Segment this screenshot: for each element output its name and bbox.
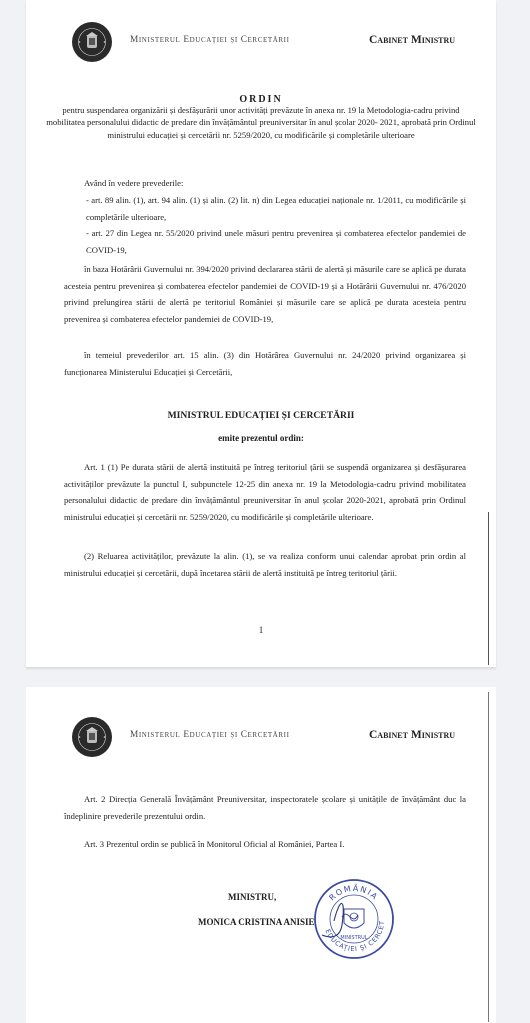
signature-title: MINISTRU,	[228, 892, 276, 902]
ministry-name: Ministerul Educației și Cercetării	[130, 35, 290, 45]
legal-grounds-paragraph: în temeiul prevederilor art. 15 alin. (3…	[64, 347, 466, 380]
issuer-heading: MINISTRUL EDUCAȚIEI ȘI CERCETĂRII	[26, 410, 496, 421]
government-seal-icon	[72, 717, 112, 757]
article-3-paragraph: Art. 3 Prezentul ordin se publică în Mon…	[64, 836, 466, 853]
preamble-item: - art. 27 din Legea nr. 55/2020 privind …	[86, 225, 466, 258]
government-seal-icon	[72, 22, 112, 62]
cabinet-label: Cabinet Ministru	[369, 34, 455, 46]
document-subtitle: pentru suspendarea organizării și desfăș…	[46, 104, 476, 141]
signature-name: MONICA CRISTINA ANISIE	[198, 917, 315, 927]
preamble-item: - art. 89 alin. (1), art. 94 alin. (1) ș…	[86, 192, 466, 225]
legal-basis-paragraph: în baza Hotărârii Guvernului nr. 394/202…	[64, 261, 466, 327]
article-1-paragraph-2: (2) Reluarea activităților, prevăzute la…	[64, 548, 466, 581]
article-2-paragraph: Art. 2 Direcția Generală Învățământ Preu…	[64, 791, 466, 824]
document-page-1: Ministerul Educației și Cercetării Cabin…	[26, 0, 496, 667]
cabinet-label: Cabinet Ministru	[369, 729, 455, 741]
scan-edge-line	[488, 512, 489, 665]
issues-heading: emite prezentul ordin:	[26, 433, 496, 443]
ministry-name: Ministerul Educației și Cercetării	[130, 730, 290, 740]
document-page-2: Ministerul Educației și Cercetării Cabin…	[26, 687, 496, 1023]
svg-text:MINISTRUL: MINISTRUL	[340, 935, 367, 941]
official-stamp-icon: ROMÂNIA EDUCAȚIEI ȘI CERCETĂRII MINISTRU…	[312, 877, 396, 961]
article-1-paragraph-1: Art. 1 (1) Pe durata stării de alertă in…	[64, 459, 466, 525]
page-header: Ministerul Educației și Cercetării Cabin…	[26, 717, 496, 767]
page-header: Ministerul Educației și Cercetării Cabin…	[26, 22, 496, 72]
page-number: 1	[26, 625, 496, 635]
preamble-intro: Având în vedere prevederile:	[84, 175, 466, 192]
